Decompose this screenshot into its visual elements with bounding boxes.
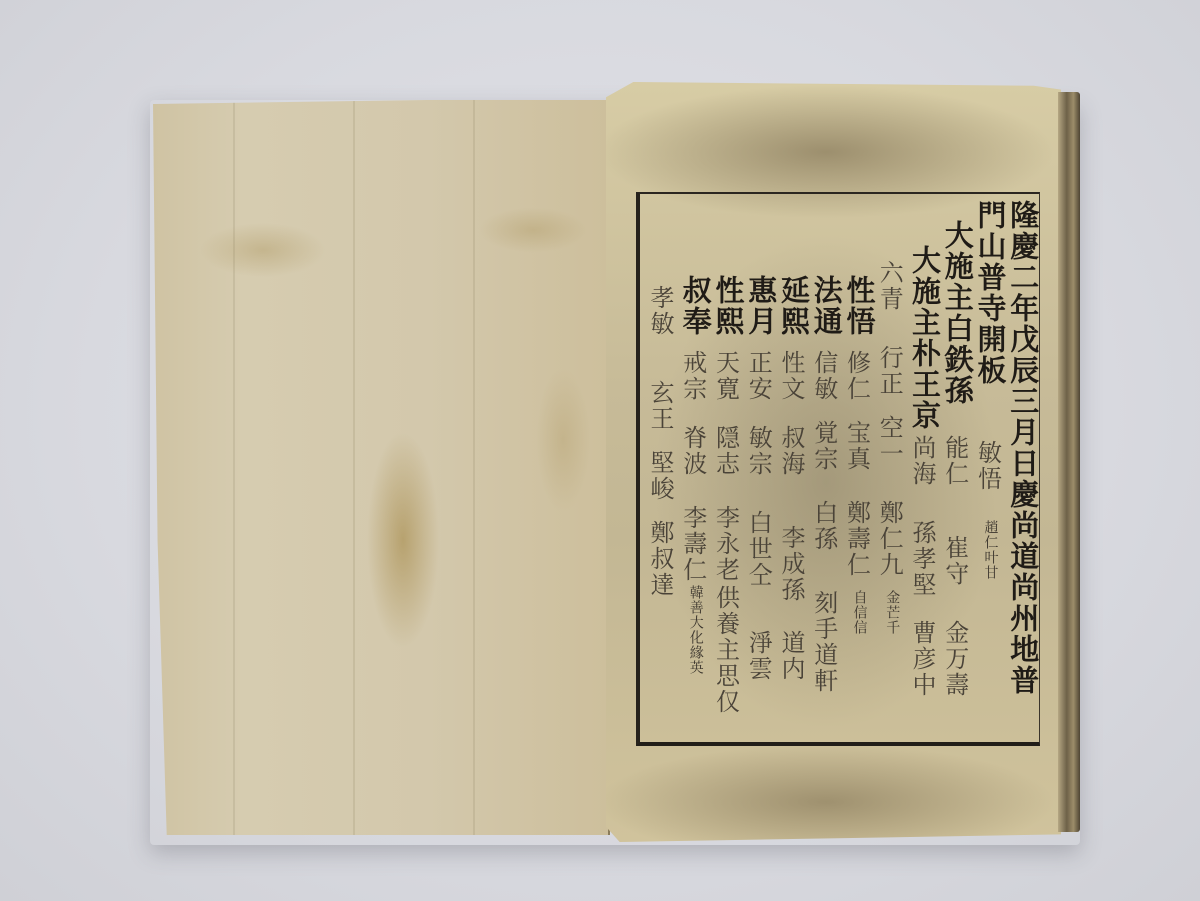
book-page-edges (1058, 92, 1080, 832)
text-column: 法通信敏覚宗白孫刻手道軒 (808, 200, 839, 736)
text-segment: 大施主朴王京 (910, 245, 939, 431)
text-segment: 金万壽 (943, 620, 967, 698)
text-segment: 李永老 (714, 505, 738, 583)
paper-crease (353, 100, 355, 835)
text-column: 性熙天寛隠志李永老供養主思仅 (710, 200, 741, 736)
text-segment: 覚宗 (812, 420, 836, 472)
text-segment: 鄭叔達 (648, 520, 672, 598)
text-column: 大施主白鉄孫能仁崔守金万壽 (939, 200, 970, 736)
text-segment: 韓善大化緣英 (689, 585, 703, 675)
text-column: 叔奉戒宗脊波李壽仁韓善大化緣英 (677, 200, 708, 736)
text-segment: 刻手道軒 (812, 590, 836, 694)
text-segment: 玄王 (648, 380, 672, 432)
text-segment: 崔守 (943, 535, 967, 587)
text-segment: 脊波 (681, 425, 705, 477)
text-segment: 敏宗 (746, 425, 770, 477)
text-column: 性悟修仁宝真鄭壽仁自信信 (841, 200, 872, 736)
text-segment: 延熙 (779, 275, 808, 337)
text-segment: 宝真 (845, 420, 869, 472)
text-segment: 鄭仁九 (877, 500, 901, 578)
paper-crease (233, 100, 235, 835)
text-column: 門山普寺開板敏悟趙仁叶甘 (972, 200, 1003, 736)
text-segment: 鄭壽仁 (845, 500, 869, 578)
text-segment: 堅峻 (648, 450, 672, 502)
text-segment: 敏悟 (976, 440, 1000, 492)
text-segment: 空一 (877, 415, 901, 467)
text-column: 大施主朴王京尚海孫孝堅曹彦中 (906, 200, 937, 736)
text-segment: 趙仁叶甘 (984, 520, 998, 580)
text-segment: 白世仝 (746, 510, 770, 588)
text-segment: 隠志 (714, 425, 738, 477)
text-segment: 能仁 (943, 435, 967, 487)
text-segment: 尚海 (910, 435, 934, 487)
text-segment: 叔海 (779, 425, 803, 477)
text-segment: 李成孫 (779, 525, 803, 603)
text-segment: 淨雲 (746, 630, 770, 682)
text-segment: 李壽仁 (681, 505, 705, 583)
text-segment: 惠月 (746, 275, 775, 337)
text-column: 孝敏玄王堅峻鄭叔達 (644, 200, 675, 736)
text-segment: 正安 (746, 350, 770, 402)
print-frame: 隆慶二年戊辰三月日慶尚道尚州地普門山普寺開板敏悟趙仁叶甘大施主白鉄孫能仁崔守金万… (636, 192, 1040, 746)
text-segment: 戒宗 (681, 350, 705, 402)
text-segment: 孝敏 (648, 285, 672, 337)
left-page-blank (153, 100, 610, 835)
photo-scene: 隆慶二年戊辰三月日慶尚道尚州地普門山普寺開板敏悟趙仁叶甘大施主白鉄孫能仁崔守金万… (0, 0, 1200, 901)
text-segment: 孫孝堅 (910, 520, 934, 598)
text-segment: 供養主思仅 (714, 585, 738, 715)
text-segment: 隆慶二年戊辰三月日慶尚道尚州地普 (1008, 200, 1037, 696)
text-column: 惠月正安敏宗白世仝淨雲 (742, 200, 773, 736)
text-segment: 金芒千 (885, 590, 899, 635)
text-segment: 修仁 (845, 350, 869, 402)
text-segment: 天寛 (714, 350, 738, 402)
text-segment: 法通 (812, 275, 841, 337)
text-columns: 隆慶二年戊辰三月日慶尚道尚州地普門山普寺開板敏悟趙仁叶甘大施主白鉄孫能仁崔守金万… (644, 200, 1035, 736)
text-segment: 叔奉 (681, 275, 710, 337)
text-segment: 六青 (877, 260, 901, 312)
text-segment: 道内 (779, 630, 803, 682)
text-segment: 門山普寺開板 (976, 200, 1005, 386)
text-column: 六青行正空一鄭仁九金芒千 (873, 200, 904, 736)
text-segment: 信敏 (812, 350, 836, 402)
text-segment: 行正 (877, 345, 901, 397)
text-segment: 性熙 (714, 275, 743, 337)
text-segment: 白孫 (812, 500, 836, 552)
text-segment: 性文 (779, 350, 803, 402)
text-segment: 曹彦中 (910, 620, 934, 698)
text-column: 隆慶二年戊辰三月日慶尚道尚州地普 (1004, 200, 1035, 736)
paper-crease (473, 100, 475, 835)
text-segment: 大施主白鉄孫 (943, 220, 972, 406)
text-segment: 性悟 (845, 275, 874, 337)
text-column: 延熙性文叔海李成孫道内 (775, 200, 806, 736)
text-segment: 自信信 (853, 590, 867, 635)
